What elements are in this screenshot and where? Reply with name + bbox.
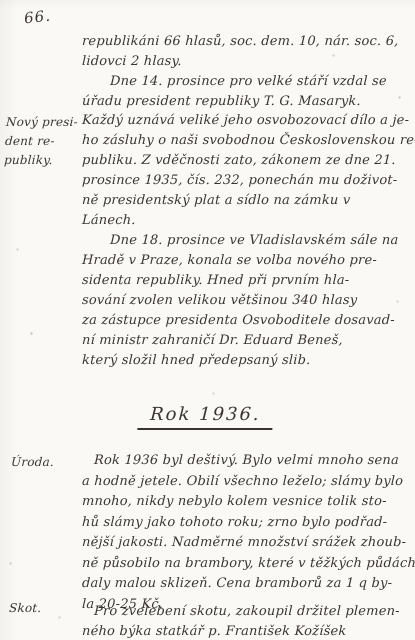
text-line: Dne 18. prosince ve Vladislavském sále n… <box>82 231 412 251</box>
text-line: Dne 14. prosince pro velké stáří vzdal s… <box>82 72 412 92</box>
text-line: úřadu president republiky T. G. Masaryk. <box>82 92 412 112</box>
text-line: lidovci 2 hlasy. <box>82 52 412 72</box>
text-line: ně presidentský plat a sídlo na zámku v <box>82 191 412 211</box>
section-heading-wrap: Rok 1936. <box>80 404 330 430</box>
margin-note-line: publiky. <box>4 151 77 170</box>
text-line: republikáni 66 hlasů, soc. dem. 10, nár.… <box>82 32 412 52</box>
text-line: hů slámy jako tohoto roku; zrno bylo pod… <box>82 513 412 534</box>
text-line: publiku. Z vděčnosti zato, zákonem ze dn… <box>82 151 412 171</box>
text-line: mnoho, nikdy nebylo kolem vesnice tolik … <box>82 492 412 513</box>
text-line: nější jakosti. Nadměrné množství srážek … <box>82 533 412 554</box>
text-line: Pro zvelebení skotu, zakoupil držitel pl… <box>82 602 412 622</box>
paragraph-masaryk-tribute: Každý uznává veliké jeho osvobozovací dí… <box>82 111 411 231</box>
text-line: Rok 1936 byl deštivý. Bylo velmi mnoho s… <box>82 451 412 472</box>
paragraph-cattle-breeding: Pro zvelebení skotu, zakoupil držitel pl… <box>82 602 411 640</box>
text-line: sidenta republiky. Hned při prvním hla- <box>82 271 412 291</box>
text-line: a hodně jetele. Obilí všechno leželo; sl… <box>82 472 412 493</box>
text-line: prosince 1935, čís. 232, ponechán mu dož… <box>82 171 412 191</box>
text-line: sování zvolen velikou většinou 340 hlasy <box>82 291 412 311</box>
text-line: Lánech. <box>82 211 412 231</box>
text-line: za zástupce presidenta Osvoboditele dosa… <box>82 311 412 331</box>
text-line: Hradě v Praze, konala se volba nového pr… <box>82 251 412 271</box>
text-line: ní ministr zahraničí Dr. Eduard Beneš, <box>82 331 412 351</box>
paragraph-benes-election: Dne 18. prosince ve Vladislavském sále n… <box>82 231 411 371</box>
margin-note-new-president: Nový presi- dent re- publiky. <box>4 113 79 170</box>
text-line: Každý uznává veliké jeho osvobozovací dí… <box>82 111 412 131</box>
margin-note-line: dent re- <box>5 132 78 151</box>
text-line: ného býka statkář p. František Kožíšek <box>82 622 412 640</box>
text-line: který složil hned předepsaný slib. <box>82 351 412 371</box>
page-number: 66. <box>23 7 52 28</box>
text-line: ho zásluhy o naši svobodnou Českoslovens… <box>82 131 412 151</box>
paragraph-harvest-1936: Rok 1936 byl deštivý. Bylo velmi mnoho s… <box>82 451 411 615</box>
margin-note-harvest: Úroda. <box>11 453 55 472</box>
section-heading-rok-1936: Rok 1936. <box>137 404 273 430</box>
text-line: ně působilo na brambory, které v těžkých… <box>82 554 412 575</box>
paragraph-masaryk-abdication: Dne 14. prosince pro velké stáří vzdal s… <box>82 72 411 112</box>
paragraph-election-results: republikáni 66 hlasů, soc. dem. 10, nár.… <box>82 32 411 72</box>
chronicle-page: 66. Nový presi- dent re- publiky. Úroda.… <box>0 0 415 640</box>
text-line: daly malou sklizeň. Cena bramborů za 1 q… <box>82 574 412 595</box>
margin-note-line: Nový presi- <box>5 113 78 132</box>
margin-note-cattle: Skot. <box>9 599 42 618</box>
